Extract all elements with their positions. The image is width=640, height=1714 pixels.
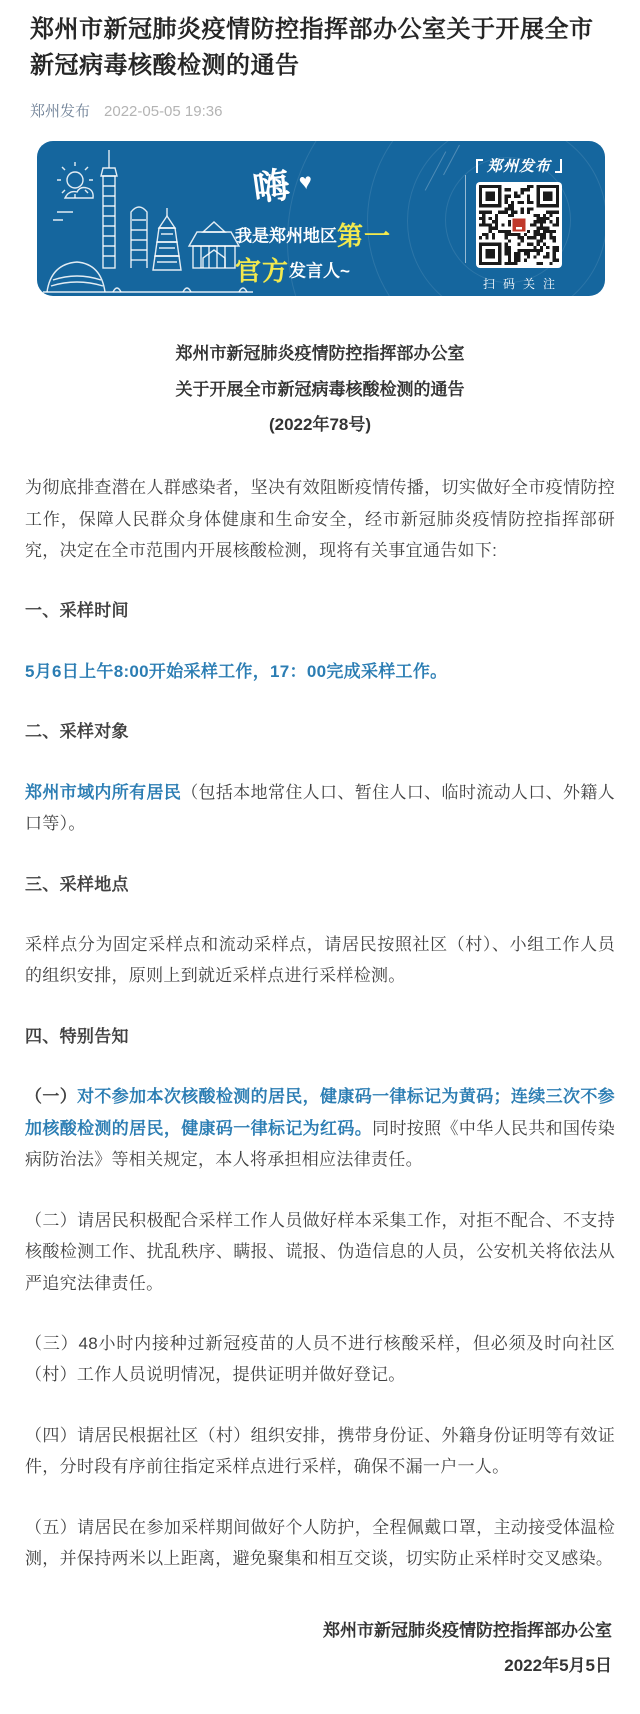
signature-block: 郑州市新冠肺炎疫情防控指挥部办公室 2022年5月5日	[0, 1613, 640, 1684]
signature-date: 2022年5月5日	[28, 1648, 612, 1684]
section2-body: 郑州市域内所有居民（包括本地常住人口、暂住人口、临时流动人口、外籍人口等）。	[25, 777, 615, 840]
qr-code-image	[479, 185, 559, 265]
page-title: 郑州市新冠肺炎疫情防控指挥部办公室关于开展全市新冠病毒核酸检测的通告	[0, 12, 640, 84]
account-logo: 郑州发布	[459, 155, 579, 176]
publish-timestamp: 2022-05-05 19:36	[104, 103, 222, 120]
qr-caption: 扫码关注	[459, 275, 579, 292]
account-logo-text: 郑州发布	[487, 155, 551, 176]
intro-paragraph: 为彻底排查潜在人群感染者，坚决有效阻断疫情传播，切实做好全市疫情防控工作，保障人…	[25, 472, 615, 566]
section3-body: 采样点分为固定采样点和流动采样点，请居民按照社区（村）、小组工作人员的组织安排，…	[25, 929, 615, 992]
logo-bracket-left	[476, 159, 483, 173]
document-heading-line2: 关于开展全市新冠病毒核酸检测的通告	[0, 372, 640, 408]
sampling-time-highlight: 5月6日上午8:00开始采样工作，17：00完成采样工作。	[25, 662, 447, 681]
notice-item-5: （五）请居民在参加采样期间做好个人防护，全程佩戴口罩，主动接受体温检测，并保持两…	[25, 1512, 615, 1575]
notice-item-3: （三）48小时内接种过新冠疫苗的人员不进行核酸采样，但必须及时向社区（村）工作人…	[25, 1328, 615, 1391]
signature-org: 郑州市新冠肺炎疫情防控指挥部办公室	[28, 1613, 612, 1649]
promo-banner-image: 嗨 ♥ 我是郑州地区第一 官方发言人~ 郑州发布 扫码关注	[37, 141, 605, 296]
notice-item-2: （二）请居民积极配合采样工作人员做好样本采集工作，对拒不配合、不支持核酸检测工作…	[25, 1205, 615, 1299]
item1-prefix: （一）	[25, 1087, 77, 1106]
banner-slogan: 嗨 ♥ 我是郑州地区第一 官方发言人~	[235, 159, 455, 287]
sampling-target-highlight: 郑州市域内所有居民	[25, 783, 181, 802]
banner-qr-block: 郑州发布 扫码关注	[459, 155, 579, 292]
section4-heading: 四、特别告知	[25, 1021, 615, 1052]
document-heading-line3: (2022年78号)	[0, 407, 640, 443]
banner-line1-text: 我是郑州地区	[235, 227, 337, 246]
article-meta: 郑州发布 2022-05-05 19:36	[0, 100, 640, 121]
section1-body: 5月6日上午8:00开始采样工作，17：00完成采样工作。	[25, 656, 615, 687]
qr-code	[476, 182, 562, 268]
document-body: 为彻底排查潜在人群感染者，坚决有效阻断疫情传播，切实做好全市疫情防控工作，保障人…	[0, 472, 640, 1575]
document-heading: 郑州市新冠肺炎疫情防控指挥部办公室 关于开展全市新冠病毒核酸检测的通告 (202…	[0, 336, 640, 443]
article-page: 郑州市新冠肺炎疫情防控指挥部办公室关于开展全市新冠病毒核酸检测的通告 郑州发布 …	[0, 0, 640, 1714]
banner-hi-text: 嗨	[250, 157, 293, 213]
city-skyline-illustration	[43, 146, 253, 296]
heart-icon: ♥	[298, 168, 314, 195]
banner-line2-text: 发言人~	[289, 261, 350, 280]
section1-heading: 一、采样时间	[25, 595, 615, 626]
notice-item-1: （一）对不参加本次核酸检测的居民，健康码一律标记为黄码；连续三次不参加核酸检测的…	[25, 1081, 615, 1175]
notice-item-4: （四）请居民根据社区（村）组织安排，携带身份证、外籍身份证明等有效证件，分时段有…	[25, 1420, 615, 1483]
section2-heading: 二、采样对象	[25, 716, 615, 747]
document-heading-line1: 郑州市新冠肺炎疫情防控指挥部办公室	[0, 336, 640, 372]
section3-heading: 三、采样地点	[25, 869, 615, 900]
banner-line2-highlight: 官方	[235, 256, 289, 286]
source-account-link[interactable]: 郑州发布	[30, 100, 90, 121]
logo-bracket-right	[555, 159, 562, 173]
banner-line1-highlight: 第一	[337, 221, 391, 251]
